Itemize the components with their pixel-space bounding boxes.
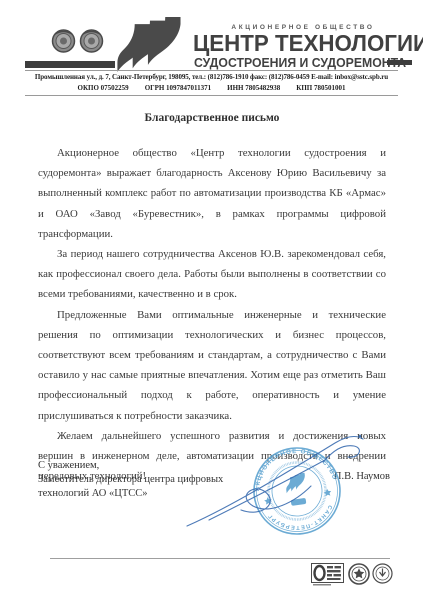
registry-okpo: ОКПО 07502259 — [78, 84, 129, 92]
award-medal-icon — [51, 28, 76, 55]
letterhead-divider-top — [25, 70, 398, 71]
footer-divider — [50, 558, 390, 559]
letter-page: АКЦИОНЕРНОЕ ОБЩЕСТВО ЦЕНТР ТЕХНОЛОГИИ СУ… — [0, 0, 423, 600]
pen-signature-icon — [183, 430, 378, 538]
registry-ogrn: ОГРН 1097847011371 — [145, 84, 211, 92]
letterhead-right-bar — [387, 60, 412, 65]
org-name-line2: СУДОСТРОЕНИЯ И СУДОРЕМОНТА — [194, 56, 406, 70]
letter-paragraph-1: Акционерное общество «Центр технологии с… — [38, 143, 386, 244]
org-address-line: Промышленная ул., д. 7, Санкт-Петербург,… — [20, 73, 403, 81]
org-registry-row: ОКПО 07502259 ОГРН 1097847011371 ИНН 780… — [25, 84, 398, 92]
three-waves-logo-icon — [113, 17, 189, 74]
letter-title: Благодарственное письмо — [38, 112, 386, 124]
certification-round-seal-icon — [372, 563, 393, 584]
letterhead-left-bar — [25, 61, 115, 68]
certification-badge-icon — [311, 563, 344, 586]
letterhead-divider-bottom — [25, 95, 398, 96]
registry-kpp: КПП 780501001 — [296, 84, 345, 92]
certification-star-seal-icon — [348, 563, 370, 585]
org-name-line1: ЦЕНТР ТЕХНОЛОГИИ — [193, 30, 423, 57]
letter-paragraph-2: За период нашего сотрудничества Аксенов … — [38, 244, 386, 305]
award-medal-icon — [79, 28, 104, 55]
letter-paragraph-3: Предложенные Вами оптимальные инженерные… — [38, 305, 386, 426]
registry-inn: ИНН 7805482938 — [227, 84, 280, 92]
